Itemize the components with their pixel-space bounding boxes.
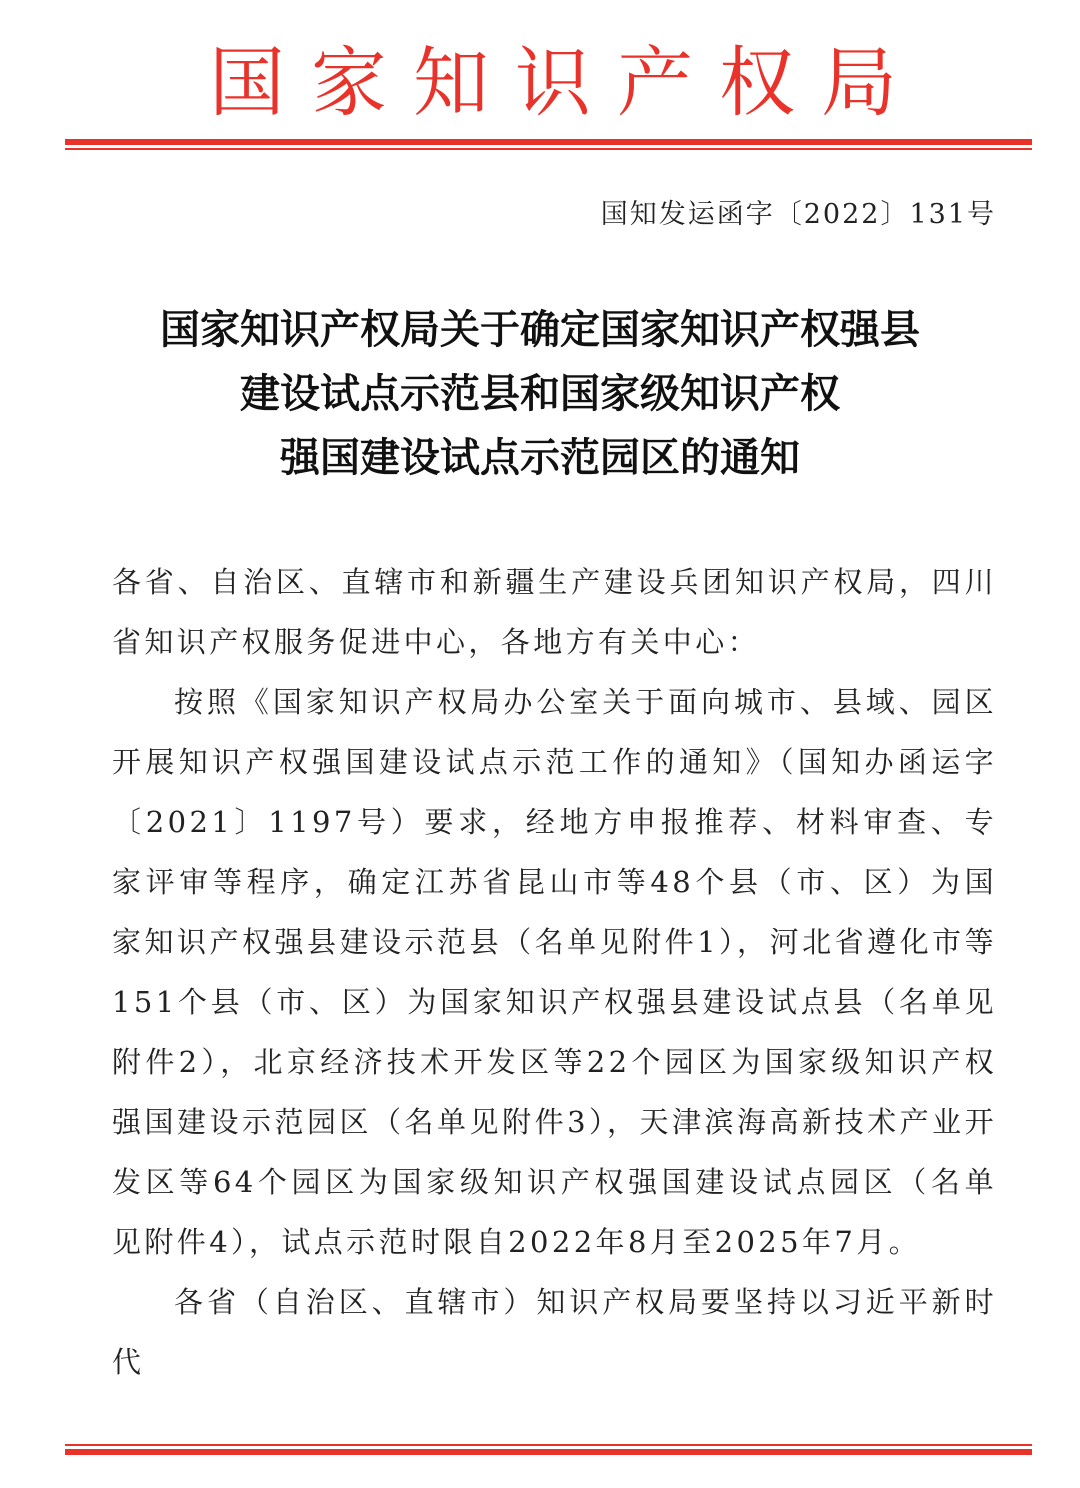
paragraph-1: 按照《国家知识产权局办公室关于面向城市、县域、园区开展知识产权强国建设试点示范工…: [112, 672, 997, 1272]
document-number: 国知发运函字〔2022〕131号: [601, 192, 996, 231]
header-rule-thick: [65, 139, 1032, 145]
header-rule-thin: [65, 148, 1032, 150]
title-line-3: 强国建设试点示范园区的通知: [0, 426, 1080, 490]
masthead-title: 国家知识产权局: [0, 38, 1080, 128]
footer-rule-thick: [65, 1449, 1032, 1455]
footer-rule-thin: [65, 1444, 1032, 1446]
title-line-1: 国家知识产权局关于确定国家知识产权强县: [0, 298, 1080, 362]
paragraph-2: 各省（自治区、直辖市）知识产权局要坚持以习近平新时代: [112, 1272, 997, 1392]
title-line-2: 建设试点示范县和国家级知识产权: [0, 362, 1080, 426]
document-title: 国家知识产权局关于确定国家知识产权强县 建设试点示范县和国家级知识产权 强国建设…: [0, 298, 1080, 490]
document-body: 各省、自治区、直辖市和新疆生产建设兵团知识产权局，四川省知识产权服务促进中心，各…: [112, 552, 997, 1392]
salutation: 各省、自治区、直辖市和新疆生产建设兵团知识产权局，四川省知识产权服务促进中心，各…: [112, 552, 997, 672]
